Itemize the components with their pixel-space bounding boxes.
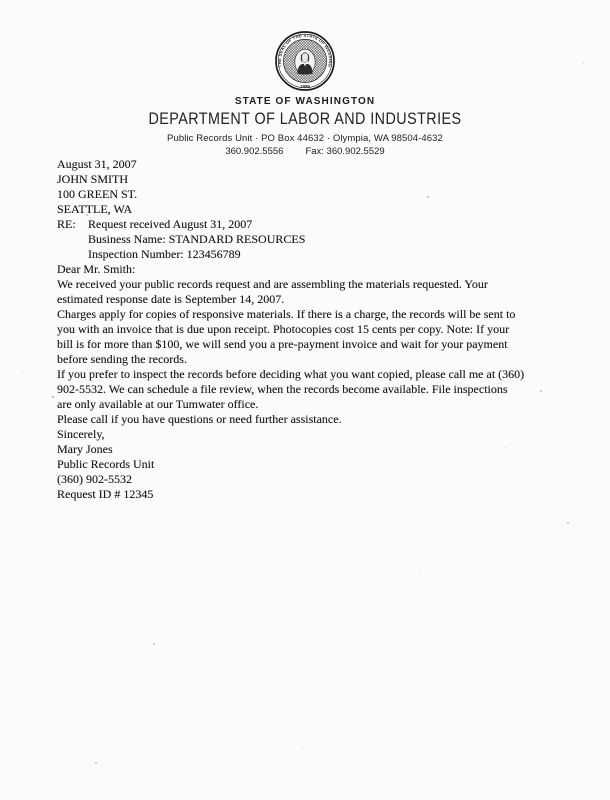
recipient-street: 100 GREEN ST.: [57, 187, 570, 202]
recipient-city-state: SEATTLE, WA: [57, 202, 570, 217]
scan-speckle: [95, 762, 97, 764]
closing: Sincerely,: [57, 427, 570, 442]
phone-fax-row: 360.902.5556 Fax: 360.902.5529: [0, 146, 610, 157]
signature-block: Mary Jones Public Records Unit (360) 902…: [57, 442, 570, 487]
signer-phone: (360) 902-5532: [57, 472, 570, 487]
re-label: RE:: [57, 217, 88, 262]
scan-speckle: [153, 643, 155, 645]
scan-speckle: [86, 214, 88, 216]
scan-speckle: [427, 196, 429, 198]
scan-speckle: [22, 372, 23, 373]
re-line-request: Request received August 31, 2007: [88, 217, 305, 232]
state-of-washington-line: STATE OF WASHINGTON: [0, 96, 610, 107]
unit-address-line: Public Records Unit · PO Box 44632 · Oly…: [0, 133, 610, 144]
scan-speckle: [66, 328, 68, 330]
scan-speckle: [52, 396, 54, 398]
re-subject-block: RE: Request received August 31, 2007 Bus…: [57, 217, 570, 262]
scan-speckle: [540, 390, 542, 392]
letter-date: August 31, 2007: [57, 157, 570, 172]
paragraph-please-call: Please call if you have questions or nee…: [57, 412, 570, 427]
scan-speckle: [583, 63, 584, 64]
scan-speckle: [505, 447, 506, 448]
letter-body: August 31, 2007 JOHN SMITH 100 GREEN ST.…: [0, 157, 610, 502]
fax-number: Fax: 360.902.5529: [305, 146, 384, 157]
seal-year: 1889: [300, 84, 310, 89]
re-line-business-name: Business Name: STANDARD RESOURCES: [88, 232, 305, 247]
paragraph-inspection-option: If you prefer to inspect the records bef…: [57, 367, 570, 412]
re-lines: Request received August 31, 2007 Busines…: [88, 217, 305, 262]
phone-number: 360.902.5556: [225, 146, 283, 157]
washington-state-seal-icon: THE SEAL OF THE STATE OF WASHINGTON 1889: [0, 30, 610, 92]
paragraph-charges: Charges apply for copies of responsive m…: [57, 307, 570, 367]
department-title: DEPARTMENT OF LABOR AND INDUSTRIES: [40, 110, 571, 129]
request-id: Request ID # 12345: [57, 487, 570, 502]
paragraph-received-request: We received your public records request …: [57, 277, 570, 307]
scan-speckle: [567, 522, 569, 524]
signer-unit: Public Records Unit: [57, 457, 570, 472]
scan-speckle: [420, 572, 421, 573]
scanned-letter-page: THE SEAL OF THE STATE OF WASHINGTON 1889…: [0, 0, 610, 800]
re-line-inspection-number: Inspection Number: 123456789: [88, 247, 305, 262]
salutation: Dear Mr. Smith:: [57, 262, 570, 277]
recipient-name: JOHN SMITH: [57, 172, 570, 187]
recipient-address-block: JOHN SMITH 100 GREEN ST. SEATTLE, WA: [57, 172, 570, 217]
signer-name: Mary Jones: [57, 442, 570, 457]
letterhead: THE SEAL OF THE STATE OF WASHINGTON 1889…: [0, 0, 610, 157]
scan-speckle: [302, 747, 303, 748]
